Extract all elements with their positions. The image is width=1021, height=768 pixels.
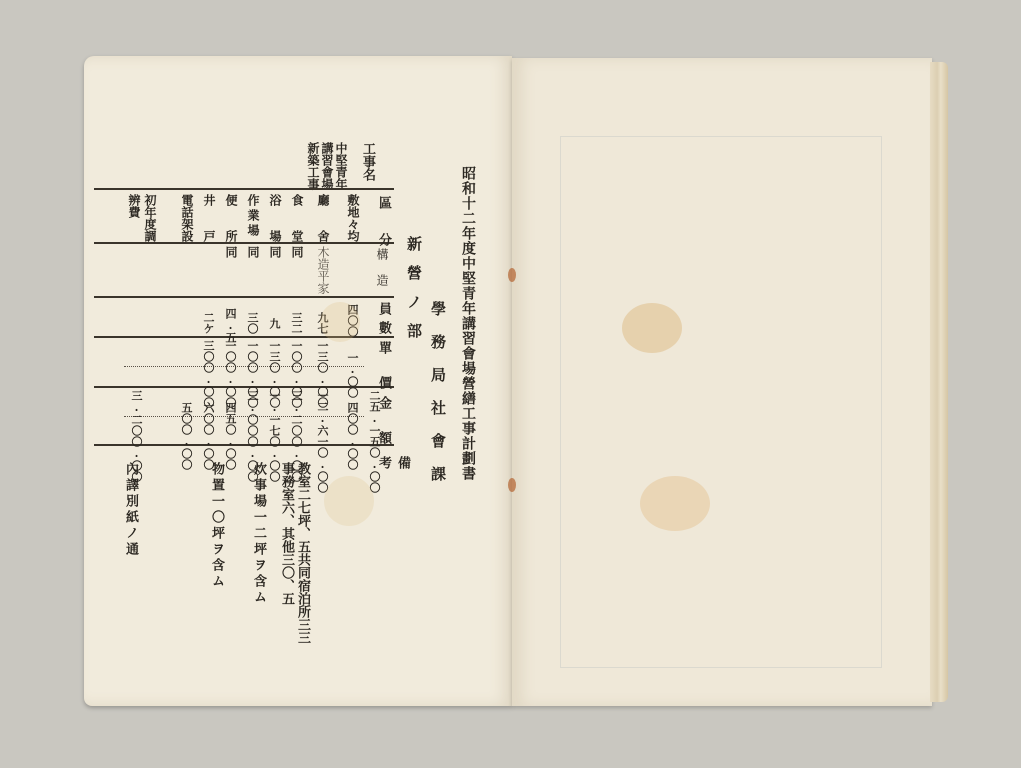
row-structure: 同 <box>224 246 238 258</box>
header-count: 員數 <box>374 302 393 340</box>
row-count: 九 <box>268 318 280 329</box>
row-unit-price: 三〇〇.〇〇 <box>202 340 214 408</box>
row-category: 井戸 <box>202 194 216 266</box>
header-structure: 構造 <box>374 248 391 300</box>
section-title: 新營ノ部 <box>404 236 425 352</box>
left-page: 昭和十二年度中堅青年講習會場營繕工事計劃書 學務局社會課 新營ノ部 工事名 中堅… <box>84 56 512 706</box>
row-category: 作業場 <box>246 194 260 239</box>
staple-rust <box>508 478 516 492</box>
total-amount: 二五.一五〇.〇〇 <box>368 390 380 493</box>
row-amount: 四〇〇.〇〇 <box>346 402 358 470</box>
project-type: 新築工事 <box>306 142 320 190</box>
row-count: 三〇 <box>246 312 258 334</box>
row-count: 四.五 <box>224 308 236 343</box>
project-name-line1: 中堅青年 <box>334 142 348 190</box>
open-book: 昭和十二年度中堅青年講習會場營繕工事計劃書 學務局社會課 新營ノ部 工事名 中堅… <box>84 52 952 712</box>
foxing-stain <box>622 303 682 353</box>
remark-breakdown: 內譯別紙ノ通 <box>122 462 138 558</box>
remark-kitchen: 炊事場一二坪ヲ含ム <box>250 462 266 606</box>
page-edges <box>930 62 948 702</box>
row-category: 電話架設 <box>180 194 194 242</box>
remark-storage: 物置一〇坪ヲ含ム <box>208 462 224 590</box>
row-category: 敷地々均 <box>346 194 360 242</box>
foxing-stain <box>640 476 710 531</box>
right-page <box>512 58 932 706</box>
remark-lecture: 教室二七坪、五共同宿泊所三三 <box>294 462 310 644</box>
row-structure: 同 <box>246 246 260 258</box>
remark-office: 事務室六、其他三〇、五 <box>278 462 294 605</box>
department: 學務局社會課 <box>428 301 449 499</box>
row-category: 初年度調辨費 <box>124 194 158 242</box>
project-label: 工事名 <box>360 142 375 181</box>
table-rule-category <box>94 242 394 244</box>
document-title: 昭和十二年度中堅青年講習會場營繕工事計劃書 <box>458 166 478 481</box>
row-unit-price: 一〇〇.〇〇 <box>224 340 236 408</box>
row-amount: 五〇〇.〇〇 <box>180 402 192 470</box>
bleed-through-table <box>560 136 882 668</box>
row-count: 三二 <box>290 312 302 334</box>
row-amount: 四五〇.〇〇 <box>224 402 236 470</box>
row-count: 二ケ <box>202 312 214 334</box>
table-rule-structure <box>94 296 394 298</box>
row-structure: 同 <box>268 246 282 258</box>
table-rule-top <box>94 188 394 190</box>
project-name-line2: 講習會場 <box>320 142 334 190</box>
row-unit-price: 一.〇〇 <box>346 352 358 398</box>
header-remarks: 備考 <box>374 456 412 706</box>
row-amount: 一二.六一〇.〇〇 <box>316 390 328 493</box>
row-structure: 木造平家 <box>316 246 330 294</box>
row-structure: 同 <box>290 246 304 258</box>
paper-stain <box>324 476 374 526</box>
staple-rust <box>508 268 516 282</box>
paper-stain <box>320 302 360 342</box>
row-amount: 六〇〇.〇〇 <box>202 402 214 470</box>
